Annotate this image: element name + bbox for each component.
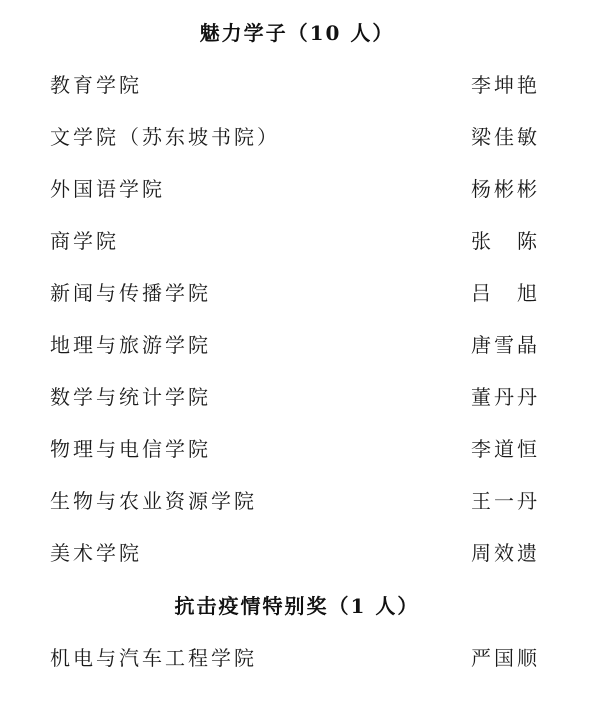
list-item: 外国语学院 杨彬彬 — [0, 176, 594, 202]
list-item: 生物与农业资源学院 王一丹 — [0, 488, 594, 514]
name-char: 李 — [470, 72, 492, 98]
name-char: 敏 — [516, 124, 538, 150]
name-char — [493, 228, 515, 254]
name-char: 王 — [470, 488, 492, 514]
award-document: 魅力学子（10 人） 教育学院 李坤艳 文学院（苏东坡书院） 梁佳敏 外国语学院… — [0, 0, 594, 711]
name-char: 顺 — [516, 645, 538, 671]
person-name: 张陈 — [470, 228, 538, 254]
name-char: 杨 — [470, 176, 492, 202]
person-name: 李道恒 — [470, 436, 538, 462]
section-title-anti-epidemic-award: 抗击疫情特别奖（1 人） — [0, 593, 594, 619]
name-char: 丹 — [516, 488, 538, 514]
person-name: 严国顺 — [470, 645, 538, 671]
college-name: 机电与汽车工程学院 — [50, 645, 257, 671]
list-item: 物理与电信学院 李道恒 — [0, 436, 594, 462]
person-name: 唐雪晶 — [470, 332, 538, 358]
college-name: 文学院（苏东坡书院） — [50, 124, 280, 150]
name-char: 国 — [493, 645, 515, 671]
name-char: 恒 — [516, 436, 538, 462]
name-char: 坤 — [493, 72, 515, 98]
list-item: 新闻与传播学院 吕旭 — [0, 280, 594, 306]
name-char: 吕 — [470, 280, 492, 306]
name-char: 效 — [493, 540, 515, 566]
person-name: 杨彬彬 — [470, 176, 538, 202]
name-char: 梁 — [470, 124, 492, 150]
name-char: 唐 — [470, 332, 492, 358]
person-name: 李坤艳 — [470, 72, 538, 98]
name-char: 丹 — [493, 384, 515, 410]
name-char: 彬 — [493, 176, 515, 202]
college-name: 生物与农业资源学院 — [50, 488, 257, 514]
name-char: 雪 — [493, 332, 515, 358]
college-name: 商学院 — [50, 228, 119, 254]
name-char: 张 — [470, 228, 492, 254]
list-item: 商学院 张陈 — [0, 228, 594, 254]
name-char: 彬 — [516, 176, 538, 202]
college-name: 新闻与传播学院 — [50, 280, 211, 306]
name-char: 遗 — [516, 540, 538, 566]
name-char: 董 — [470, 384, 492, 410]
name-char: 陈 — [516, 228, 538, 254]
name-char: 晶 — [516, 332, 538, 358]
list-item: 机电与汽车工程学院 严国顺 — [0, 645, 594, 671]
college-name: 物理与电信学院 — [50, 436, 211, 462]
college-name: 教育学院 — [50, 72, 142, 98]
person-name: 吕旭 — [470, 280, 538, 306]
name-char: 周 — [470, 540, 492, 566]
college-name: 外国语学院 — [50, 176, 165, 202]
list-item: 数学与统计学院 董丹丹 — [0, 384, 594, 410]
college-name: 美术学院 — [50, 540, 142, 566]
name-char: 道 — [493, 436, 515, 462]
name-char: 严 — [470, 645, 492, 671]
list-item: 地理与旅游学院 唐雪晶 — [0, 332, 594, 358]
college-name: 地理与旅游学院 — [50, 332, 211, 358]
list-item: 教育学院 李坤艳 — [0, 72, 594, 98]
person-name: 梁佳敏 — [470, 124, 538, 150]
list-item: 美术学院 周效遗 — [0, 540, 594, 566]
name-char: 艳 — [516, 72, 538, 98]
college-name: 数学与统计学院 — [50, 384, 211, 410]
name-char: 李 — [470, 436, 492, 462]
name-char: 旭 — [516, 280, 538, 306]
name-char: 一 — [493, 488, 515, 514]
person-name: 董丹丹 — [470, 384, 538, 410]
person-name: 王一丹 — [470, 488, 538, 514]
section-title-charm-students: 魅力学子（10 人） — [0, 20, 594, 46]
name-char: 丹 — [516, 384, 538, 410]
name-char: 佳 — [493, 124, 515, 150]
name-char — [493, 280, 515, 306]
person-name: 周效遗 — [470, 540, 538, 566]
list-item: 文学院（苏东坡书院） 梁佳敏 — [0, 124, 594, 150]
